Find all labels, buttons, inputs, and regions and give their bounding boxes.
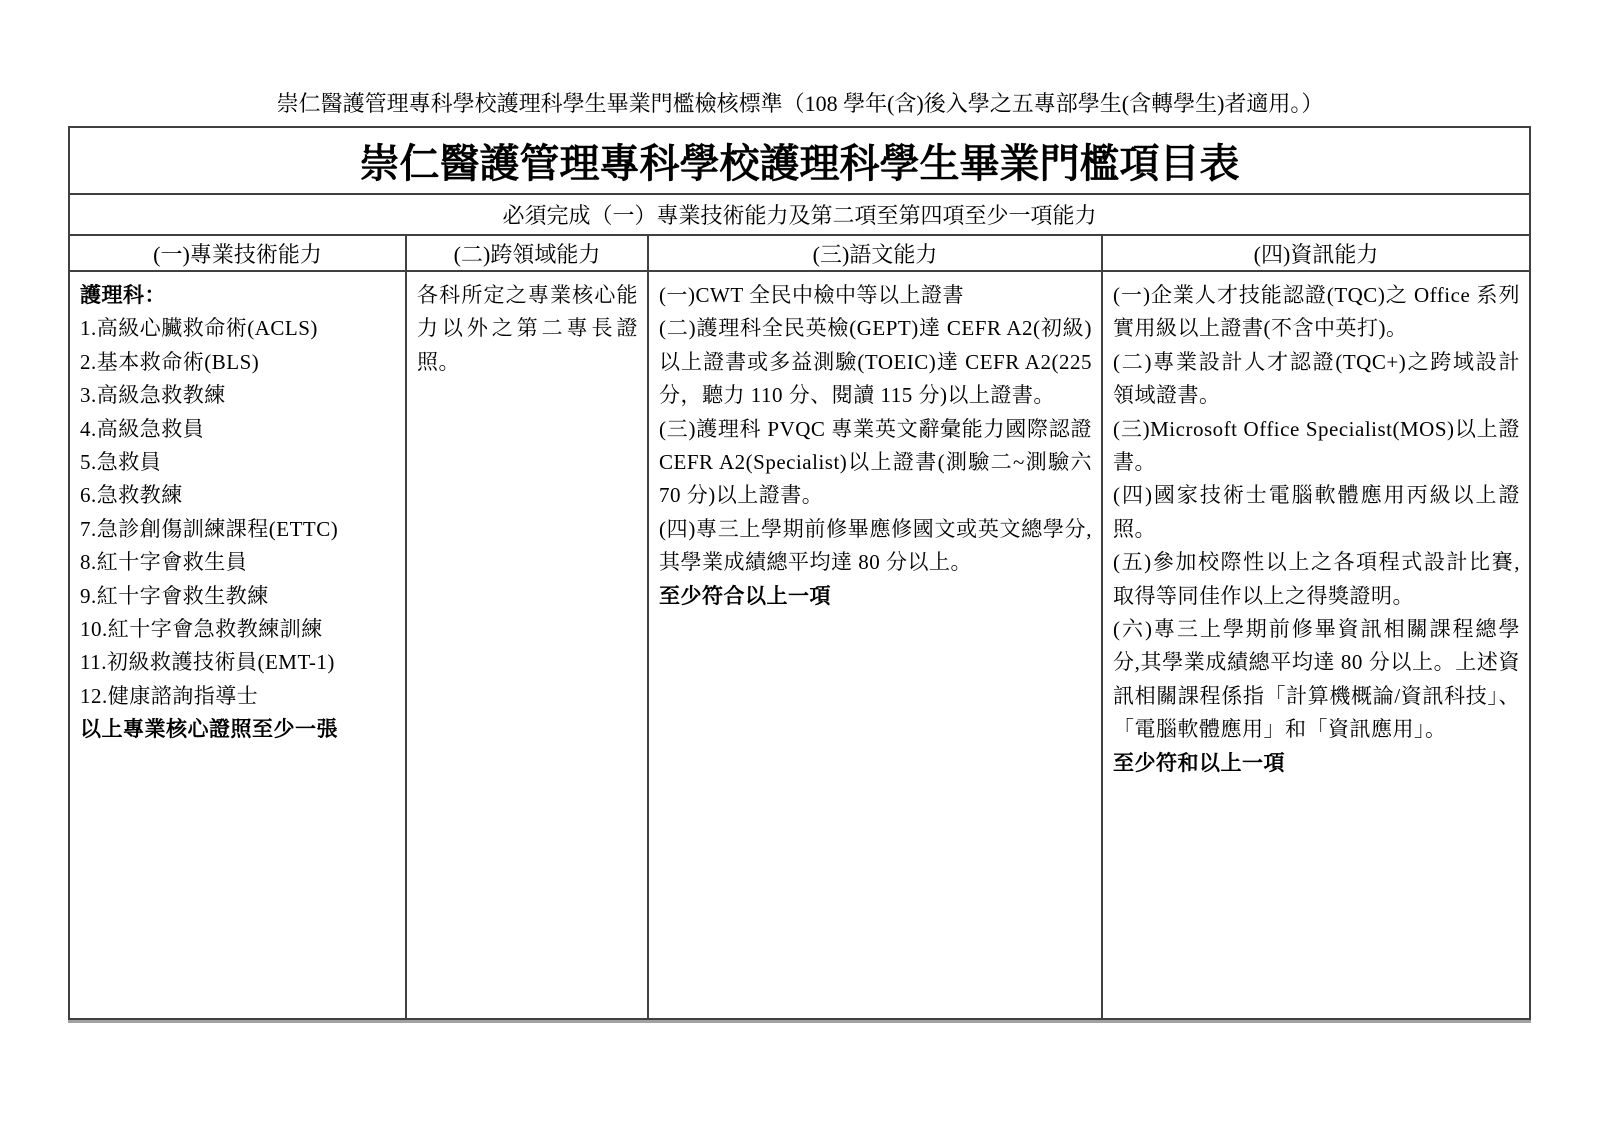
cell-paragraph: 9.紅十字會救生教練 xyxy=(80,580,396,613)
table-header-row: (一)專業技術能力 (二)跨領域能力 (三)語文能力 (四)資訊能力 xyxy=(70,236,1529,272)
cell-information: (一)企業人才技能認證(TQC)之 Office 系列實用級以上證書(不含中英打… xyxy=(1101,272,1529,1018)
cell-paragraph: (六)專三上學期前修畢資訊相關課程總學分,其學業成績總平均達 80 分以上。上述… xyxy=(1113,613,1520,747)
cell-paragraph: (一)企業人才技能認證(TQC)之 Office 系列實用級以上證書(不含中英打… xyxy=(1113,279,1520,346)
graduation-requirements-table: 崇仁醫護管理專科學校護理科學生畢業門檻項目表 必須完成（一）專業技術能力及第二項… xyxy=(68,126,1531,1020)
cell-paragraph: 4.高級急救員 xyxy=(80,413,396,446)
cell-paragraph: 7.急診創傷訓練課程(ETTC) xyxy=(80,513,396,546)
cell-paragraph: (三)Microsoft Office Specialist(MOS)以上證書。 xyxy=(1113,413,1520,480)
cell-paragraph: (四)國家技術士電腦軟體應用丙級以上證照。 xyxy=(1113,479,1520,546)
cell-cross-domain: 各科所定之專業核心能力以外之第二專長證照。 xyxy=(405,272,647,1018)
table-content-row: 護理科：1.高級心臟救命術(ACLS)2.基本救命術(BLS)3.高級急救教練4… xyxy=(70,272,1529,1018)
cell-paragraph: 12.健康諮詢指導士 xyxy=(80,680,396,713)
table-title: 崇仁醫護管理專科學校護理科學生畢業門檻項目表 xyxy=(70,128,1529,195)
cell-paragraph: (一)CWT 全民中檢中等以上證書 xyxy=(659,279,1092,312)
cell-paragraph: 10.紅十字會急救教練訓練 xyxy=(80,613,396,646)
cell-paragraph: 至少符合以上一項 xyxy=(659,580,1092,613)
cell-paragraph: (五)參加校際性以上之各項程式設計比賽,取得等同佳作以上之得獎證明。 xyxy=(1113,546,1520,613)
cell-paragraph: 護理科： xyxy=(80,279,396,312)
cell-paragraph: 至少符和以上一項 xyxy=(1113,747,1520,780)
table-subtitle: 必須完成（一）專業技術能力及第二項至第四項至少一項能力 xyxy=(70,195,1529,236)
column-header-cross-domain: (二)跨領域能力 xyxy=(405,236,647,270)
cell-paragraph: 8.紅十字會救生員 xyxy=(80,546,396,579)
cell-paragraph: 1.高級心臟救命術(ACLS) xyxy=(80,312,396,345)
cell-paragraph: (三)護理科 PVQC 專業英文辭彙能力國際認證 CEFR A2(Special… xyxy=(659,413,1092,513)
cell-paragraph: 2.基本救命術(BLS) xyxy=(80,346,396,379)
column-header-professional-skills: (一)專業技術能力 xyxy=(70,236,405,270)
cell-paragraph: 3.高級急救教練 xyxy=(80,379,396,412)
column-header-information: (四)資訊能力 xyxy=(1101,236,1529,270)
column-header-language: (三)語文能力 xyxy=(647,236,1101,270)
cell-paragraph: 各科所定之專業核心能力以外之第二專長證照。 xyxy=(417,279,638,379)
cell-paragraph: 11.初級救護技術員(EMT-1) xyxy=(80,646,396,679)
cell-paragraph: (四)專三上學期前修畢應修國文或英文總學分,其學業成績總平均達 80 分以上。 xyxy=(659,513,1092,580)
cell-paragraph: 5.急救員 xyxy=(80,446,396,479)
cell-paragraph: (二)專業設計人才認證(TQC+)之跨域設計領域證書。 xyxy=(1113,346,1520,413)
cell-professional-skills: 護理科：1.高級心臟救命術(ACLS)2.基本救命術(BLS)3.高級急救教練4… xyxy=(70,272,405,1018)
cell-language: (一)CWT 全民中檢中等以上證書(二)護理科全民英檢(GEPT)達 CEFR … xyxy=(647,272,1101,1018)
cell-paragraph: 以上專業核心證照至少一張 xyxy=(80,713,396,746)
document-page: 崇仁醫護管理專科學校護理科學生畢業門檻檢核標準（108 學年(含)後入學之五專部… xyxy=(0,0,1600,1131)
cell-paragraph: (二)護理科全民英檢(GEPT)達 CEFR A2(初級)以上證書或多益測驗(T… xyxy=(659,312,1092,412)
cell-paragraph: 6.急救教練 xyxy=(80,479,396,512)
document-heading: 崇仁醫護管理專科學校護理科學生畢業門檻檢核標準（108 學年(含)後入學之五專部… xyxy=(0,90,1600,118)
